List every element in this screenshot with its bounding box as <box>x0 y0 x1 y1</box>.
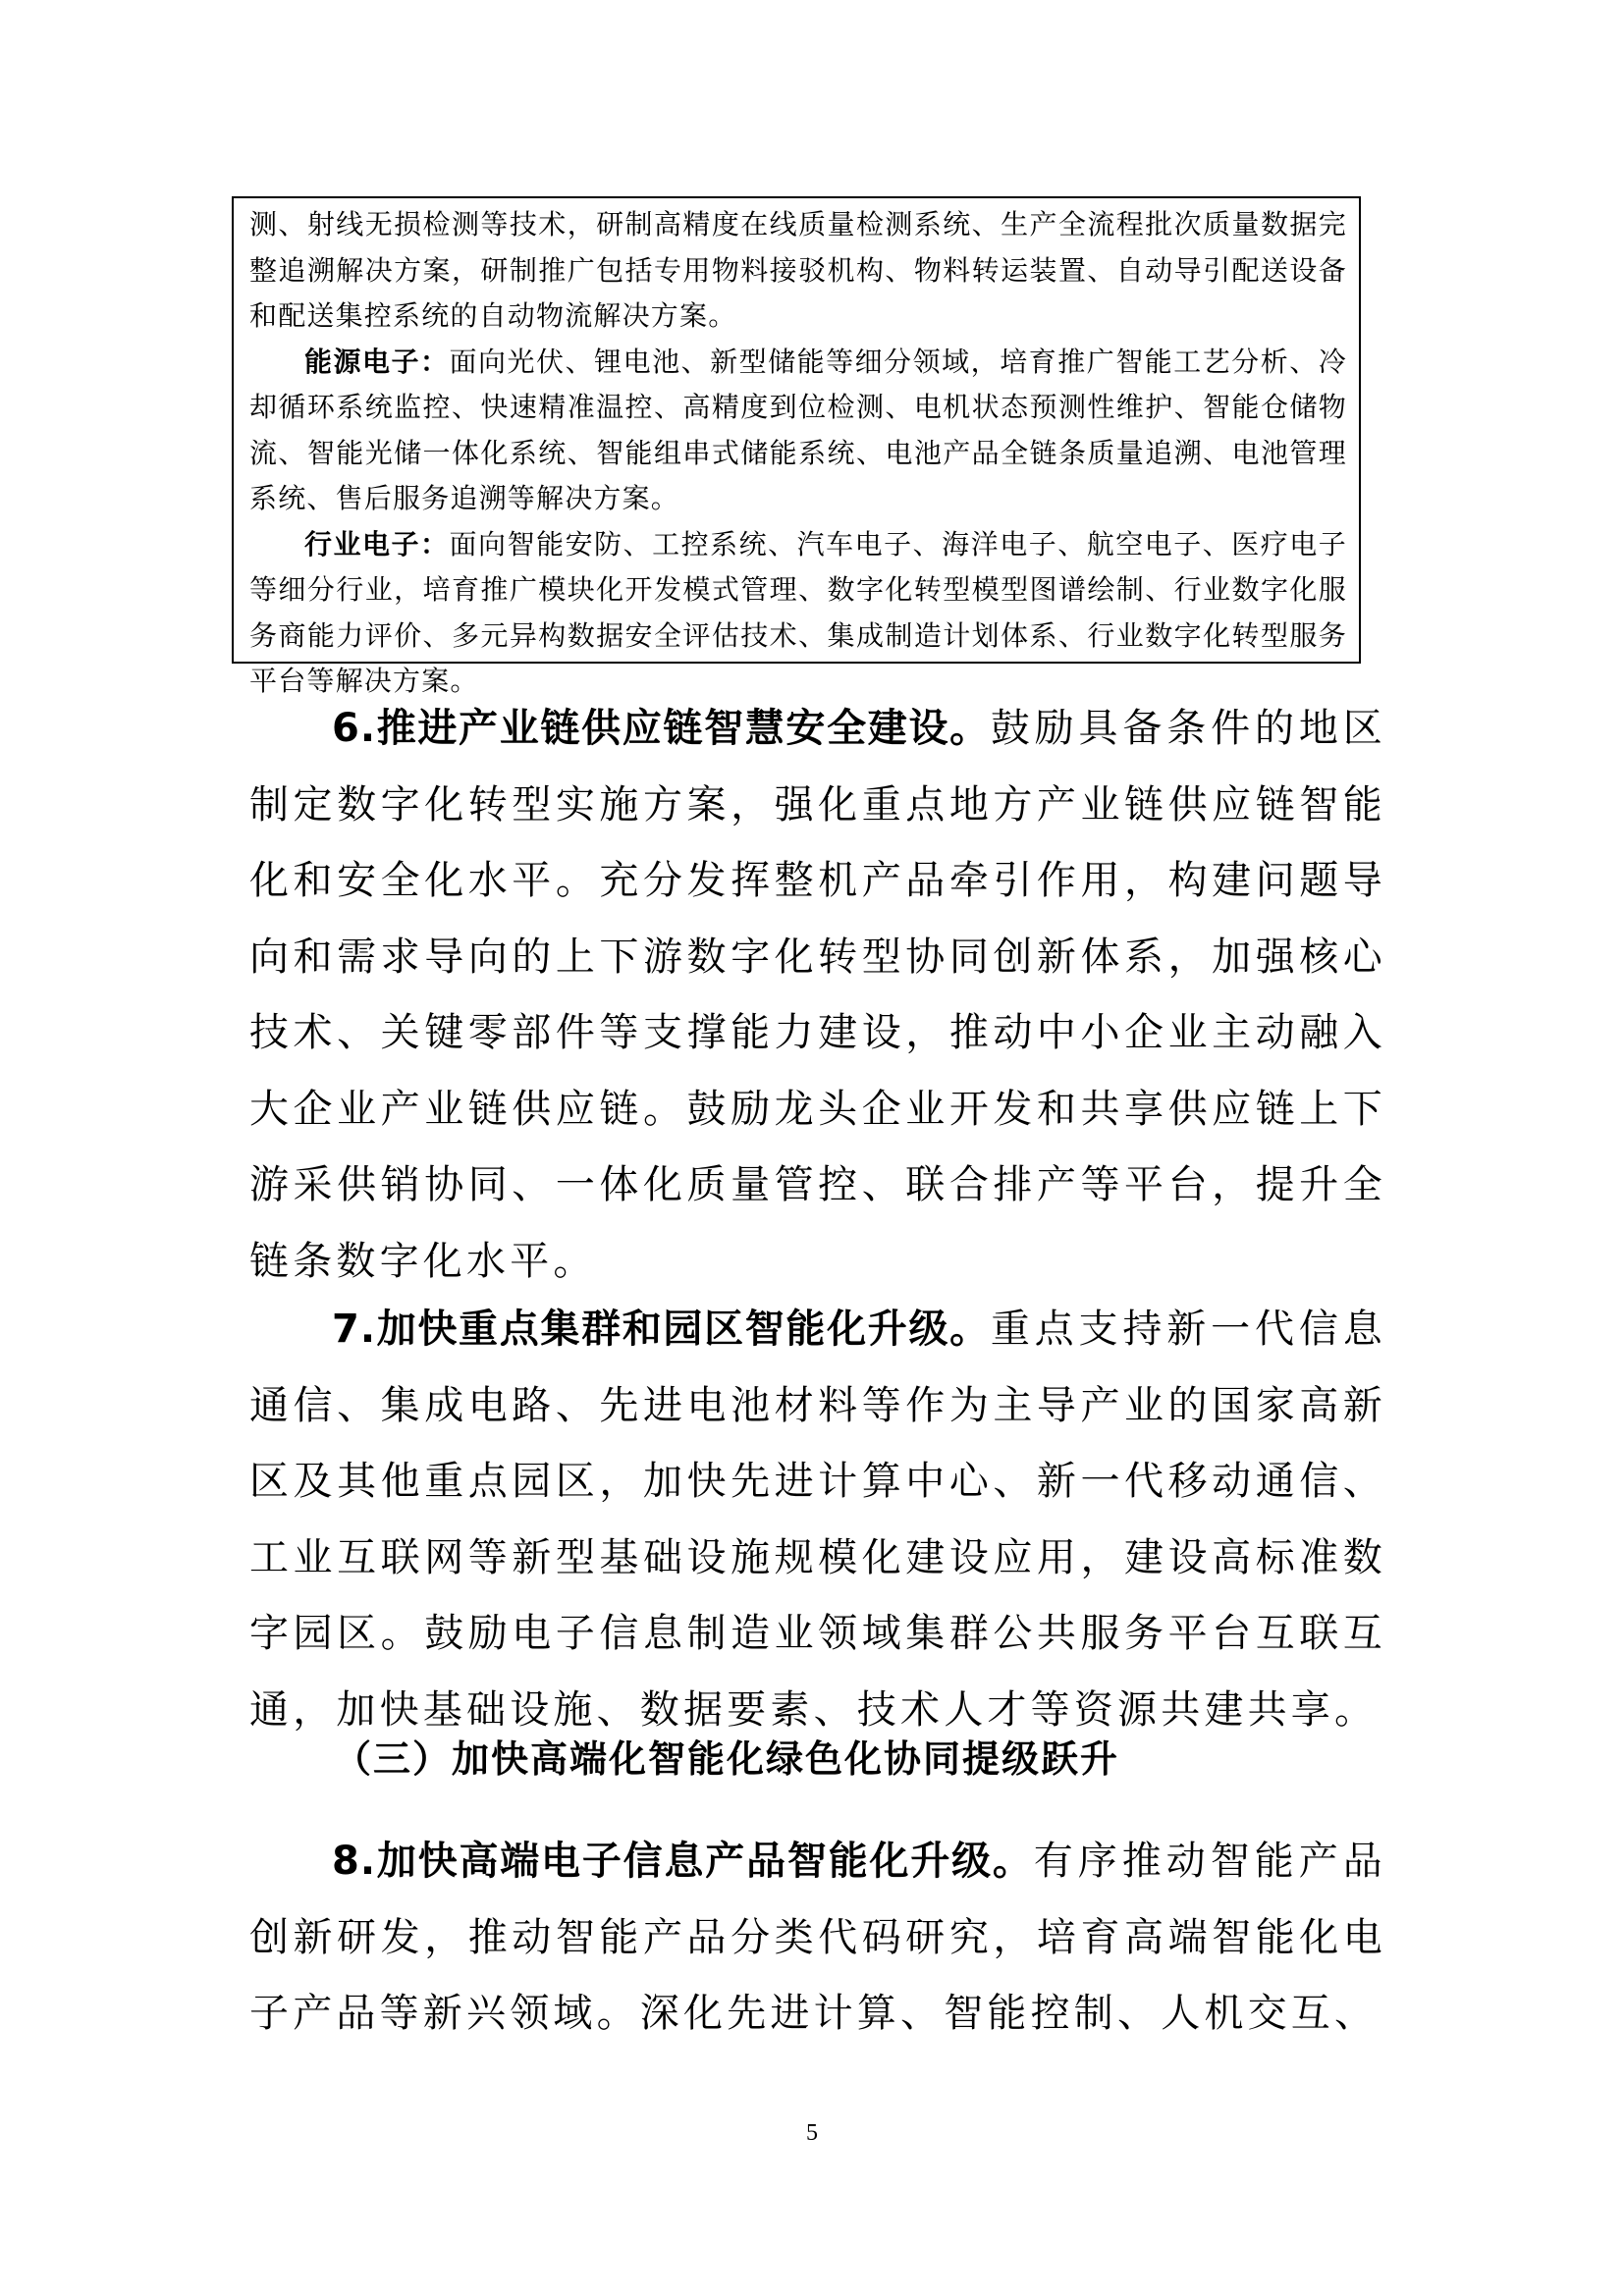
paragraph-7-block: 7.加快重点集群和园区智能化升级。重点支持新一代信息通信、集成电路、先进电池材料… <box>249 1292 1386 1748</box>
excerpt-item-industry-electronics: 行业电子：面向智能安防、工控系统、汽车电子、海洋电子、航空电子、医疗电子等细分行… <box>249 522 1347 705</box>
excerpt-continuation: 测、射线无损检测等技术，研制高精度在线质量检测系统、生产全流程批次质量数据完整追… <box>249 202 1347 340</box>
paragraph-text: 重点支持新一代信息通信、集成电路、先进电池材料等作为主导产业的国家高新区及其他重… <box>249 1307 1386 1733</box>
paragraph-text: 鼓励具备条件的地区制定数字化转型实施方案，强化重点地方产业链供应链智能化和安全化… <box>249 706 1386 1284</box>
excerpt-item-lead: 行业电子： <box>304 528 450 561</box>
paragraph-7: 7.加快重点集群和园区智能化升级。重点支持新一代信息通信、集成电路、先进电池材料… <box>249 1292 1386 1748</box>
excerpt-item-lead: 能源电子： <box>304 346 450 378</box>
document-page: 测、射线无损检测等技术，研制高精度在线质量检测系统、生产全流程批次质量数据完整追… <box>0 0 1624 2296</box>
paragraph-6: 6.推进产业链供应链智慧安全建设。鼓励具备条件的地区制定数字化转型实施方案，强化… <box>249 691 1386 1300</box>
excerpt-item-energy-electronics: 能源电子：面向光伏、锂电池、新型储能等细分领域，培育推广智能工艺分析、冷却循环系… <box>249 340 1347 522</box>
paragraph-8-block: 8.加快高端电子信息产品智能化升级。有序推动智能产品创新研发，推动智能产品分类代… <box>249 1824 1386 2053</box>
paragraph-lead: 8.加快高端电子信息产品智能化升级。 <box>332 1839 1034 1884</box>
paragraph-6-block: 6.推进产业链供应链智慧安全建设。鼓励具备条件的地区制定数字化转型实施方案，强化… <box>249 691 1386 1300</box>
paragraph-lead: 6.推进产业链供应链智慧安全建设。 <box>332 706 991 751</box>
paragraph-8: 8.加快高端电子信息产品智能化升级。有序推动智能产品创新研发，推动智能产品分类代… <box>249 1824 1386 2053</box>
page-number: 5 <box>0 2120 1624 2147</box>
paragraph-lead: 7.加快重点集群和园区智能化升级。 <box>332 1307 991 1352</box>
section-heading: （三）加快高端化智能化绿色化协同提级跃升 <box>334 1729 1119 1783</box>
boxed-excerpt: 测、射线无损检测等技术，研制高精度在线质量检测系统、生产全流程批次质量数据完整追… <box>232 196 1361 664</box>
